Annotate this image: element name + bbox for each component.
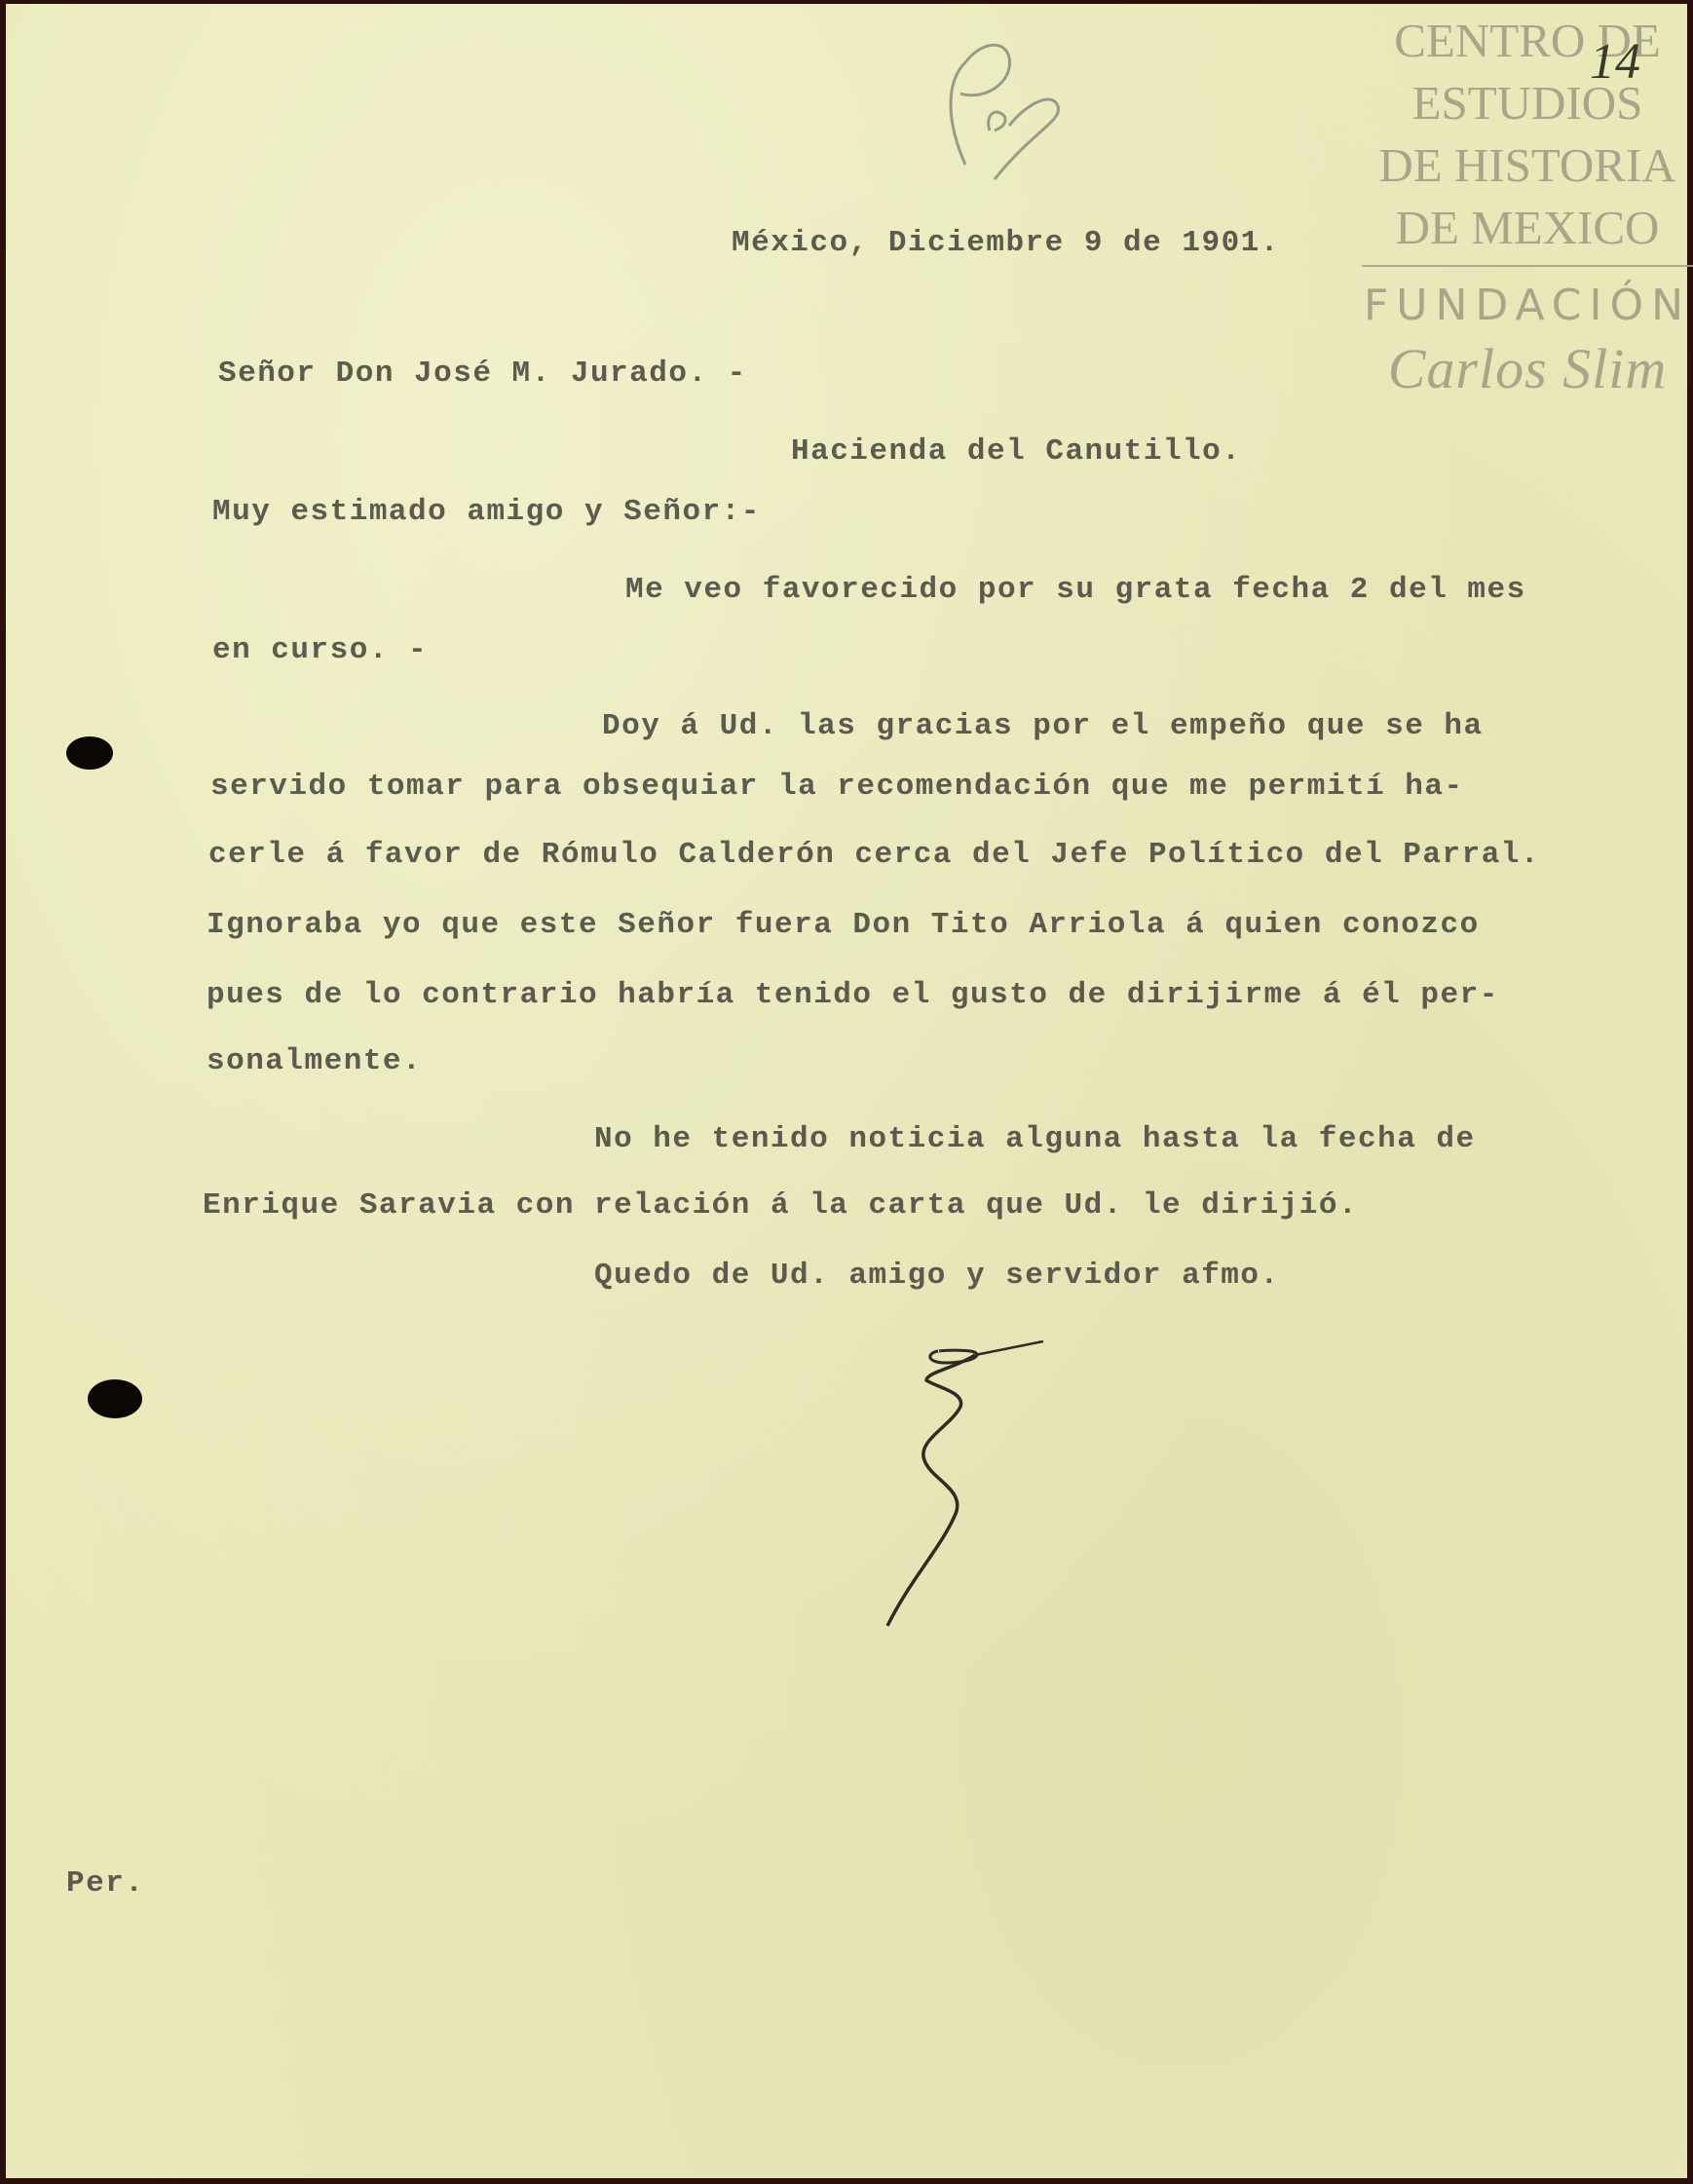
binding-hole-bottom [88,1379,142,1418]
location-line: Hacienda del Canutillo. [791,434,1241,469]
footer-initials: Per. [66,1866,144,1901]
watermark-line-2: ESTUDIOS [1362,72,1693,134]
watermark-script: Carlos Slim [1362,335,1693,403]
pencil-annotation-icon [936,23,1092,189]
body-line: No he tenido noticia alguna hasta la fec… [594,1122,1476,1156]
body-line: Doy á Ud. las gracias por el empeño que … [602,709,1484,743]
body-line: en curso. - [212,633,428,667]
signature-icon [878,1343,1072,1636]
body-line: Me veo favorecido por su grata fecha 2 d… [625,573,1526,607]
watermark-line-4: DE MEXICO [1362,197,1693,259]
body-line: cerle á favor de Rómulo Calderón cerca d… [208,838,1540,872]
watermark-divider [1362,265,1693,267]
date-line: México, Diciembre 9 de 1901. [732,226,1280,260]
body-line: Enrique Saravia con relación á la carta … [203,1188,1358,1223]
watermark-line-1: CENTRO DE [1362,10,1693,72]
salutation-line: Muy estimado amigo y Señor:- [212,495,761,529]
watermark-line-3: DE HISTORIA [1362,134,1693,197]
body-line: pues de lo contrario habría tenido el gu… [207,978,1499,1012]
closing-line: Quedo de Ud. amigo y servidor afmo. [594,1259,1280,1293]
watermark-foundation: FUNDACIÓN [1362,277,1693,335]
body-line: Ignoraba yo que este Señor fuera Don Tit… [207,908,1480,942]
body-line: servido tomar para obsequiar la recomend… [210,770,1464,804]
archive-watermark: CENTRO DE ESTUDIOS DE HISTORIA DE MEXICO… [1362,10,1693,424]
body-line: sonalmente. [207,1044,422,1078]
recipient-line: Señor Don José M. Jurado. - [218,357,747,391]
binding-hole-top [66,736,113,770]
letter-page: CENTRO DE ESTUDIOS DE HISTORIA DE MEXICO… [6,4,1687,2178]
page-number: 14 [1590,33,1640,91]
